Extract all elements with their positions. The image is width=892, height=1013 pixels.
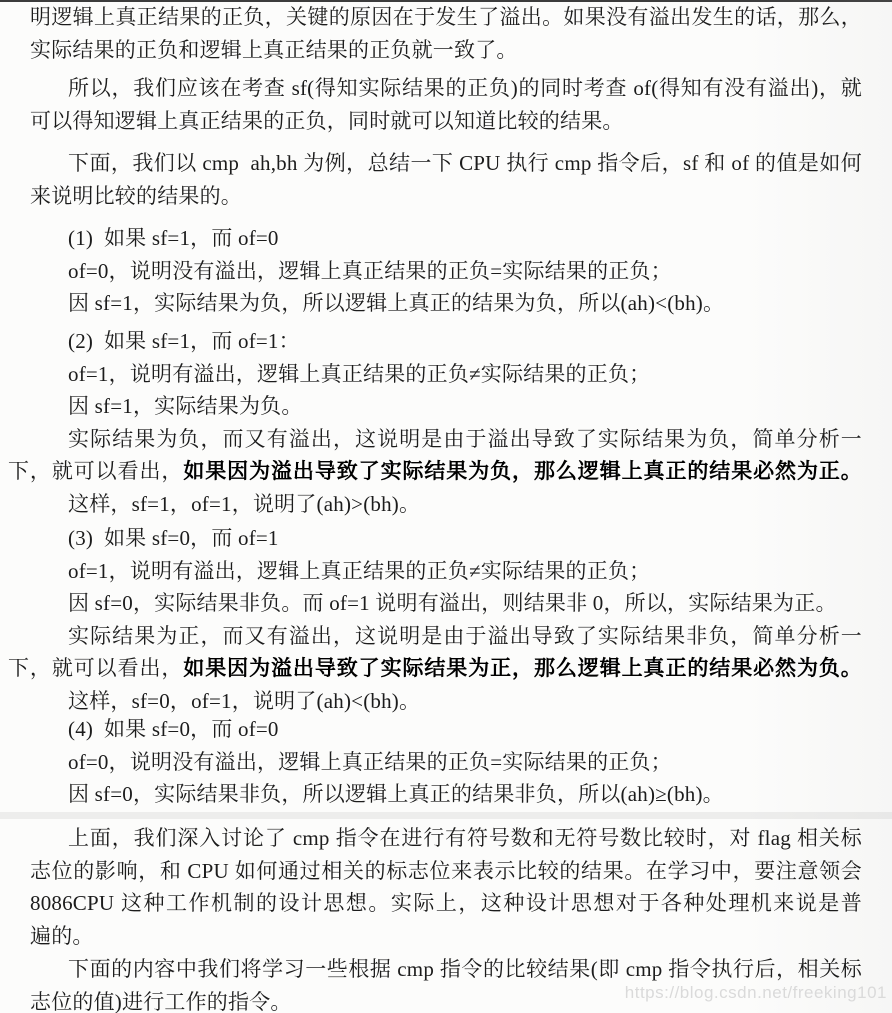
body-text: 因 sf=0，实际结果非负，所以逻辑上真正的结果非负，所以(ah)≥(bh)。: [68, 782, 724, 806]
case-1-sf1-of0: (1) 如果 sf=1，而 of=0of=0，说明没有溢出，逻辑上真正结果的正负…: [30, 222, 862, 320]
text-line: 下面的内容中我们将学习一些根据 cmp 指令的比较结果(即 cmp 指令执行后，…: [30, 953, 862, 986]
body-text: of=1，说明有溢出，逻辑上真正结果的正负≠实际结果的正负；: [68, 559, 650, 583]
body-text: 志位的影响，和 CPU 如何通过相关的标志位来表示比较的结果。在学习中，要注意领…: [30, 859, 862, 883]
text-line: 可以得知逻辑上真正结果的正负，同时就可以知道比较的结果。: [30, 105, 862, 138]
body-text: 因 sf=1，实际结果为负。: [68, 394, 303, 418]
watermark-url: https://blog.csdn.net/freeking101: [625, 983, 887, 1003]
body-text: (3) 如果 sf=0，而 of=1: [68, 526, 279, 550]
body-text: 因 sf=1，实际结果为负，所以逻辑上真正的结果为负，所以(ah)<(bh)。: [68, 291, 724, 315]
document-page: 明逻辑上真正结果的正负，关键的原因在于发生了溢出。如果没有溢出发生的话，那么，实…: [0, 0, 892, 1013]
text-line: 遍的。: [30, 920, 862, 953]
paragraph-summary-8086: 上面，我们深入讨论了 cmp 指令在进行有符号数和无符号数比较时，对 flag …: [30, 822, 862, 952]
body-text: 这样，sf=1，of=1，说明了(ah)>(bh)。: [68, 492, 420, 516]
body-text: of=0，说明没有溢出，逻辑上真正结果的正负=实际结果的正负；: [68, 750, 672, 774]
text-line: of=0，说明没有溢出，逻辑上真正结果的正负=实际结果的正负；: [68, 255, 862, 288]
body-text: 遍的。: [30, 924, 94, 948]
case-3-sf0-of1: (3) 如果 sf=0，而 of=1of=1，说明有溢出，逻辑上真正结果的正负≠…: [30, 522, 862, 718]
text-line: 上面，我们深入讨论了 cmp 指令在进行有符号数和无符号数比较时，对 flag …: [30, 822, 862, 855]
text-line: (2) 如果 sf=1，而 of=1：: [68, 325, 862, 358]
body-text: 下面，我们以 cmp ah,bh 为例，总结一下 CPU 执行 cmp 指令后，…: [68, 151, 862, 175]
text-line: 志位的影响，和 CPU 如何通过相关的标志位来表示比较的结果。在学习中，要注意领…: [30, 855, 862, 888]
scan-fold-band-artifact: [0, 812, 892, 819]
text-line: of=1，说明有溢出，逻辑上真正结果的正负≠实际结果的正负；: [68, 358, 862, 391]
text-line: 8086CPU 这种工作机制的设计思想。实际上，这种设计思想对于各种处理机来说是…: [30, 887, 862, 920]
body-text: (1) 如果 sf=1，而 of=0: [68, 226, 279, 250]
body-text: 这样，sf=0，of=1，说明了(ah)<(bh)。: [68, 689, 420, 713]
text-line: 所以，我们应该在考查 sf(得知实际结果的正负)的同时考查 of(得知有没有溢出…: [30, 72, 862, 105]
body-text: 可以得知逻辑上真正结果的正负，同时就可以知道比较的结果。: [30, 109, 624, 133]
body-text: 因 sf=0，实际结果非负。而 of=1 说明有溢出，则结果非 0，所以，实际结…: [68, 591, 837, 615]
text-line: 因 sf=1，实际结果为负。: [68, 390, 862, 423]
text-line: 因 sf=0，实际结果非负，所以逻辑上真正的结果非负，所以(ah)≥(bh)。: [68, 778, 862, 811]
text-line: 来说明比较的结果的。: [30, 180, 862, 213]
text-line: of=0，说明没有溢出，逻辑上真正结果的正负=实际结果的正负；: [68, 746, 862, 779]
text-line: 下，就可以看出，如果因为溢出导致了实际结果为正，那么逻辑上真正的结果必然为负。: [8, 652, 862, 685]
body-text: 明逻辑上真正结果的正负，关键的原因在于发生了溢出。如果没有溢出发生的话，那么，: [30, 5, 862, 29]
text-line: 因 sf=1，实际结果为负，所以逻辑上真正的结果为负，所以(ah)<(bh)。: [68, 287, 862, 320]
case-4-sf0-of0: (4) 如果 sf=0，而 of=0of=0，说明没有溢出，逻辑上真正结果的正负…: [30, 713, 862, 811]
body-text: 实际结果的正负和逻辑上真正结果的正负就一致了。: [30, 38, 518, 62]
text-line: (3) 如果 sf=0，而 of=1: [68, 522, 862, 555]
body-text: 下面的内容中我们将学习一些根据 cmp 指令的比较结果(即 cmp 指令执行后，…: [68, 957, 862, 981]
text-line: (4) 如果 sf=0，而 of=0: [68, 713, 862, 746]
paragraph-cmp-example-intro: 下面，我们以 cmp ah,bh 为例，总结一下 CPU 执行 cmp 指令后，…: [30, 147, 862, 212]
text-line: 下面，我们以 cmp ah,bh 为例，总结一下 CPU 执行 cmp 指令后，…: [30, 147, 862, 180]
text-line: 实际结果的正负和逻辑上真正结果的正负就一致了。: [30, 34, 862, 67]
emphasis-text: 如果因为溢出导致了实际结果为负，那么逻辑上真正的结果必然为正。: [183, 459, 862, 483]
paragraph-overflow-explanation: 明逻辑上真正结果的正负，关键的原因在于发生了溢出。如果没有溢出发生的话，那么，实…: [30, 1, 862, 66]
text-line: 明逻辑上真正结果的正负，关键的原因在于发生了溢出。如果没有溢出发生的话，那么，: [30, 1, 862, 34]
text-line: 实际结果为正，而又有溢出，这说明是由于溢出导致了实际结果非负，简单分析一: [68, 620, 862, 653]
text-line: (1) 如果 sf=1，而 of=0: [68, 222, 862, 255]
body-text: 上面，我们深入讨论了 cmp 指令在进行有符号数和无符号数比较时，对 flag …: [68, 826, 862, 850]
text-line: 下，就可以看出，如果因为溢出导致了实际结果为负，那么逻辑上真正的结果必然为正。: [8, 455, 862, 488]
body-text: 所以，我们应该在考查 sf(得知实际结果的正负)的同时考查 of(得知有没有溢出…: [68, 76, 862, 100]
body-text: 下，就可以看出，: [8, 459, 183, 483]
body-text: of=1，说明有溢出，逻辑上真正结果的正负≠实际结果的正负；: [68, 362, 650, 386]
text-line: 因 sf=0，实际结果非负。而 of=1 说明有溢出，则结果非 0，所以，实际结…: [68, 587, 862, 620]
body-text: 实际结果为负，而又有溢出，这说明是由于溢出导致了实际结果为负，简单分析一: [68, 427, 862, 451]
body-text: 志位的值)进行工作的指令。: [30, 990, 292, 1013]
text-line: of=1，说明有溢出，逻辑上真正结果的正负≠实际结果的正负；: [68, 555, 862, 588]
body-text: 下，就可以看出，: [8, 656, 183, 680]
case-2-sf1-of1: (2) 如果 sf=1，而 of=1：of=1，说明有溢出，逻辑上真正结果的正负…: [30, 325, 862, 521]
body-text: (4) 如果 sf=0，而 of=0: [68, 717, 279, 741]
body-text: 8086CPU 这种工作机制的设计思想。实际上，这种设计思想对于各种处理机来说是…: [30, 891, 862, 915]
body-text: (2) 如果 sf=1，而 of=1：: [68, 329, 300, 353]
body-text: of=0，说明没有溢出，逻辑上真正结果的正负=实际结果的正负；: [68, 259, 672, 283]
paragraph-sf-of-together: 所以，我们应该在考查 sf(得知实际结果的正负)的同时考查 of(得知有没有溢出…: [30, 72, 862, 137]
emphasis-text: 如果因为溢出导致了实际结果为正，那么逻辑上真正的结果必然为负。: [183, 656, 862, 680]
text-line: 这样，sf=1，of=1，说明了(ah)>(bh)。: [68, 488, 862, 521]
body-text: 来说明比较的结果的。: [30, 184, 242, 208]
text-line: 实际结果为负，而又有溢出，这说明是由于溢出导致了实际结果为负，简单分析一: [68, 423, 862, 456]
body-text: 实际结果为正，而又有溢出，这说明是由于溢出导致了实际结果非负，简单分析一: [68, 624, 862, 648]
